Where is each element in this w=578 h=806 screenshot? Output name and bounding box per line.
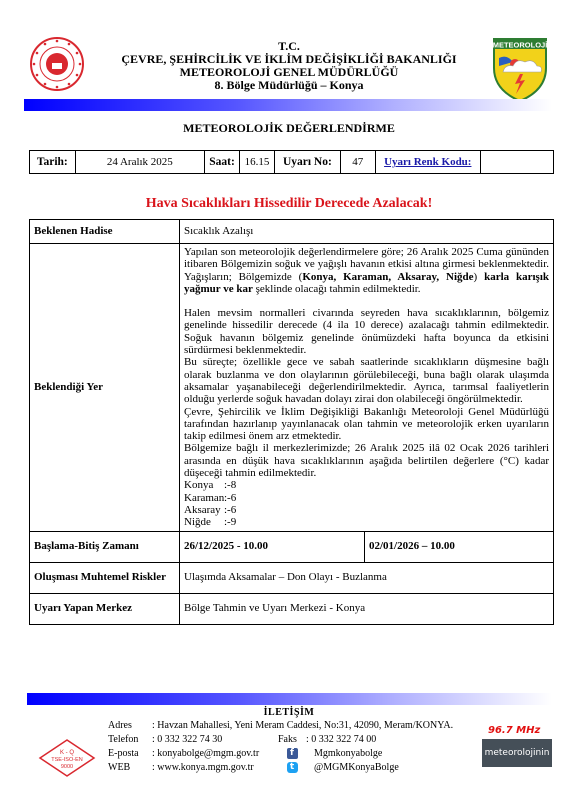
warning-no-label: Uyarı No:: [275, 151, 341, 174]
color-code-link[interactable]: Uyarı Renk Kodu:: [384, 156, 471, 168]
location-paragraph-1: Yapılan son meteorolojik değerlendirmele…: [184, 246, 549, 295]
risks-label: Oluşması Muhtemel Riskler: [30, 562, 180, 593]
color-code-cell: Uyarı Renk Kodu:: [375, 151, 480, 174]
location-paragraph-4: Çevre, Şehircilik ve İklim Değişikliği B…: [184, 406, 549, 443]
twitter-handle[interactable]: @MGMKonyaBolge: [306, 761, 453, 775]
svg-text:K - Q: K - Q: [60, 750, 74, 756]
issuing-center-value: Bölge Tahmin ve Uyarı Merkezi - Konya: [180, 593, 554, 624]
svg-text:TSE-ISO-EN: TSE-ISO-EN: [51, 757, 83, 763]
event-value: Sıcaklık Azalışı: [180, 220, 554, 244]
address-label: Adres: [108, 719, 152, 733]
time-range-label: Başlama-Bitiş Zamanı: [30, 531, 180, 562]
location-paragraph-2: Halen mevsim normalleri civarında seyred…: [184, 307, 549, 356]
risks-value: Ulaşımda Aksamalar – Don Olayı - Buzlanm…: [180, 562, 554, 593]
facebook-icon[interactable]: f: [287, 748, 298, 759]
radio-logo-text: meteorolojinin: [485, 748, 550, 758]
header-line-region: 8. Bölge Müdürlüğü – Konya: [100, 79, 478, 92]
event-label: Beklenen Hadise: [30, 220, 180, 244]
date-value: 24 Aralık 2025: [75, 151, 204, 174]
radio-logo: meteorolojinin: [482, 739, 552, 767]
document-title: METEOROLOJİK DEĞERLENDİRME: [0, 121, 578, 136]
min-temp-item: Konya:-8: [184, 479, 549, 491]
header-gradient-band: [24, 99, 552, 111]
time-value: 16.15: [240, 151, 275, 174]
facebook-handle[interactable]: Mgmkonyabolge: [306, 747, 453, 761]
svg-text:METEOROLOJİ: METEOROLOJİ: [493, 41, 547, 50]
location-paragraph-5: Bölgemize bağlı il merkezlerimizde; 26 A…: [184, 442, 549, 479]
min-temp-item: Aksaray:-6: [184, 504, 549, 516]
web-label: WEB: [108, 761, 152, 775]
warning-info-row: Tarih: 24 Aralık 2025 Saat: 16.15 Uyarı …: [29, 150, 554, 174]
location-label: Beklendiği Yer: [30, 244, 180, 532]
contact-info: Adres : Havzan Mahallesi, Yeni Meram Cad…: [108, 719, 453, 775]
phone-label: Telefon: [108, 733, 152, 747]
header-title-block: T.C. ÇEVRE, ŞEHİRCİLİK VE İKLİM DEĞİŞİKL…: [100, 40, 478, 92]
email-label: E-posta: [108, 747, 152, 761]
warning-details-table: Beklenen Hadise Sıcaklık Azalışı Beklend…: [29, 219, 554, 625]
fax-value: : 0 332 322 74 00: [306, 733, 453, 747]
alert-headline: Hava Sıcaklıkları Hissedilir Derecede Az…: [0, 196, 578, 212]
fax-label: Faks: [278, 733, 306, 747]
tse-iso-certification-icon: K - Q TSE-ISO-EN 9000: [38, 738, 96, 778]
email-value[interactable]: : konyabolge@mgm.gov.tr: [152, 747, 278, 761]
date-label: Tarih:: [30, 151, 76, 174]
web-value[interactable]: : www.konya.mgm.gov.tr: [152, 761, 278, 775]
min-temp-item: Niğde:-9: [184, 516, 549, 528]
meteoroloji-shield-logo: METEOROLOJİ: [493, 38, 547, 102]
min-temp-list: Konya:-8 Karaman:-6 Aksaray:-6 Niğde:-9: [184, 479, 549, 528]
warning-no-value: 47: [340, 151, 375, 174]
radio-frequency: 96.7 MHz: [488, 725, 540, 736]
address-value: : Havzan Mahallesi, Yeni Meram Caddesi, …: [152, 719, 453, 733]
twitter-icon[interactable]: t: [287, 762, 298, 773]
phone-value: : 0 332 322 74 30: [152, 733, 278, 747]
location-paragraph-3: Bu süreçte; özellikle gece ve sabah saat…: [184, 356, 549, 405]
contact-title: İLETİŞİM: [0, 707, 578, 718]
end-time: 02/01/2026 – 10.00: [365, 531, 554, 562]
svg-text:9000: 9000: [61, 764, 73, 770]
min-temp-item: Karaman:-6: [184, 492, 549, 504]
location-description: Yapılan son meteorolojik değerlendirmele…: [180, 244, 554, 532]
time-label: Saat:: [205, 151, 240, 174]
ministry-seal-icon: [29, 36, 85, 92]
footer-gradient-band: [27, 693, 552, 705]
color-code-value: [480, 151, 553, 174]
start-time: 26/12/2025 - 10.00: [180, 531, 365, 562]
issuing-center-label: Uyarı Yapan Merkez: [30, 593, 180, 624]
